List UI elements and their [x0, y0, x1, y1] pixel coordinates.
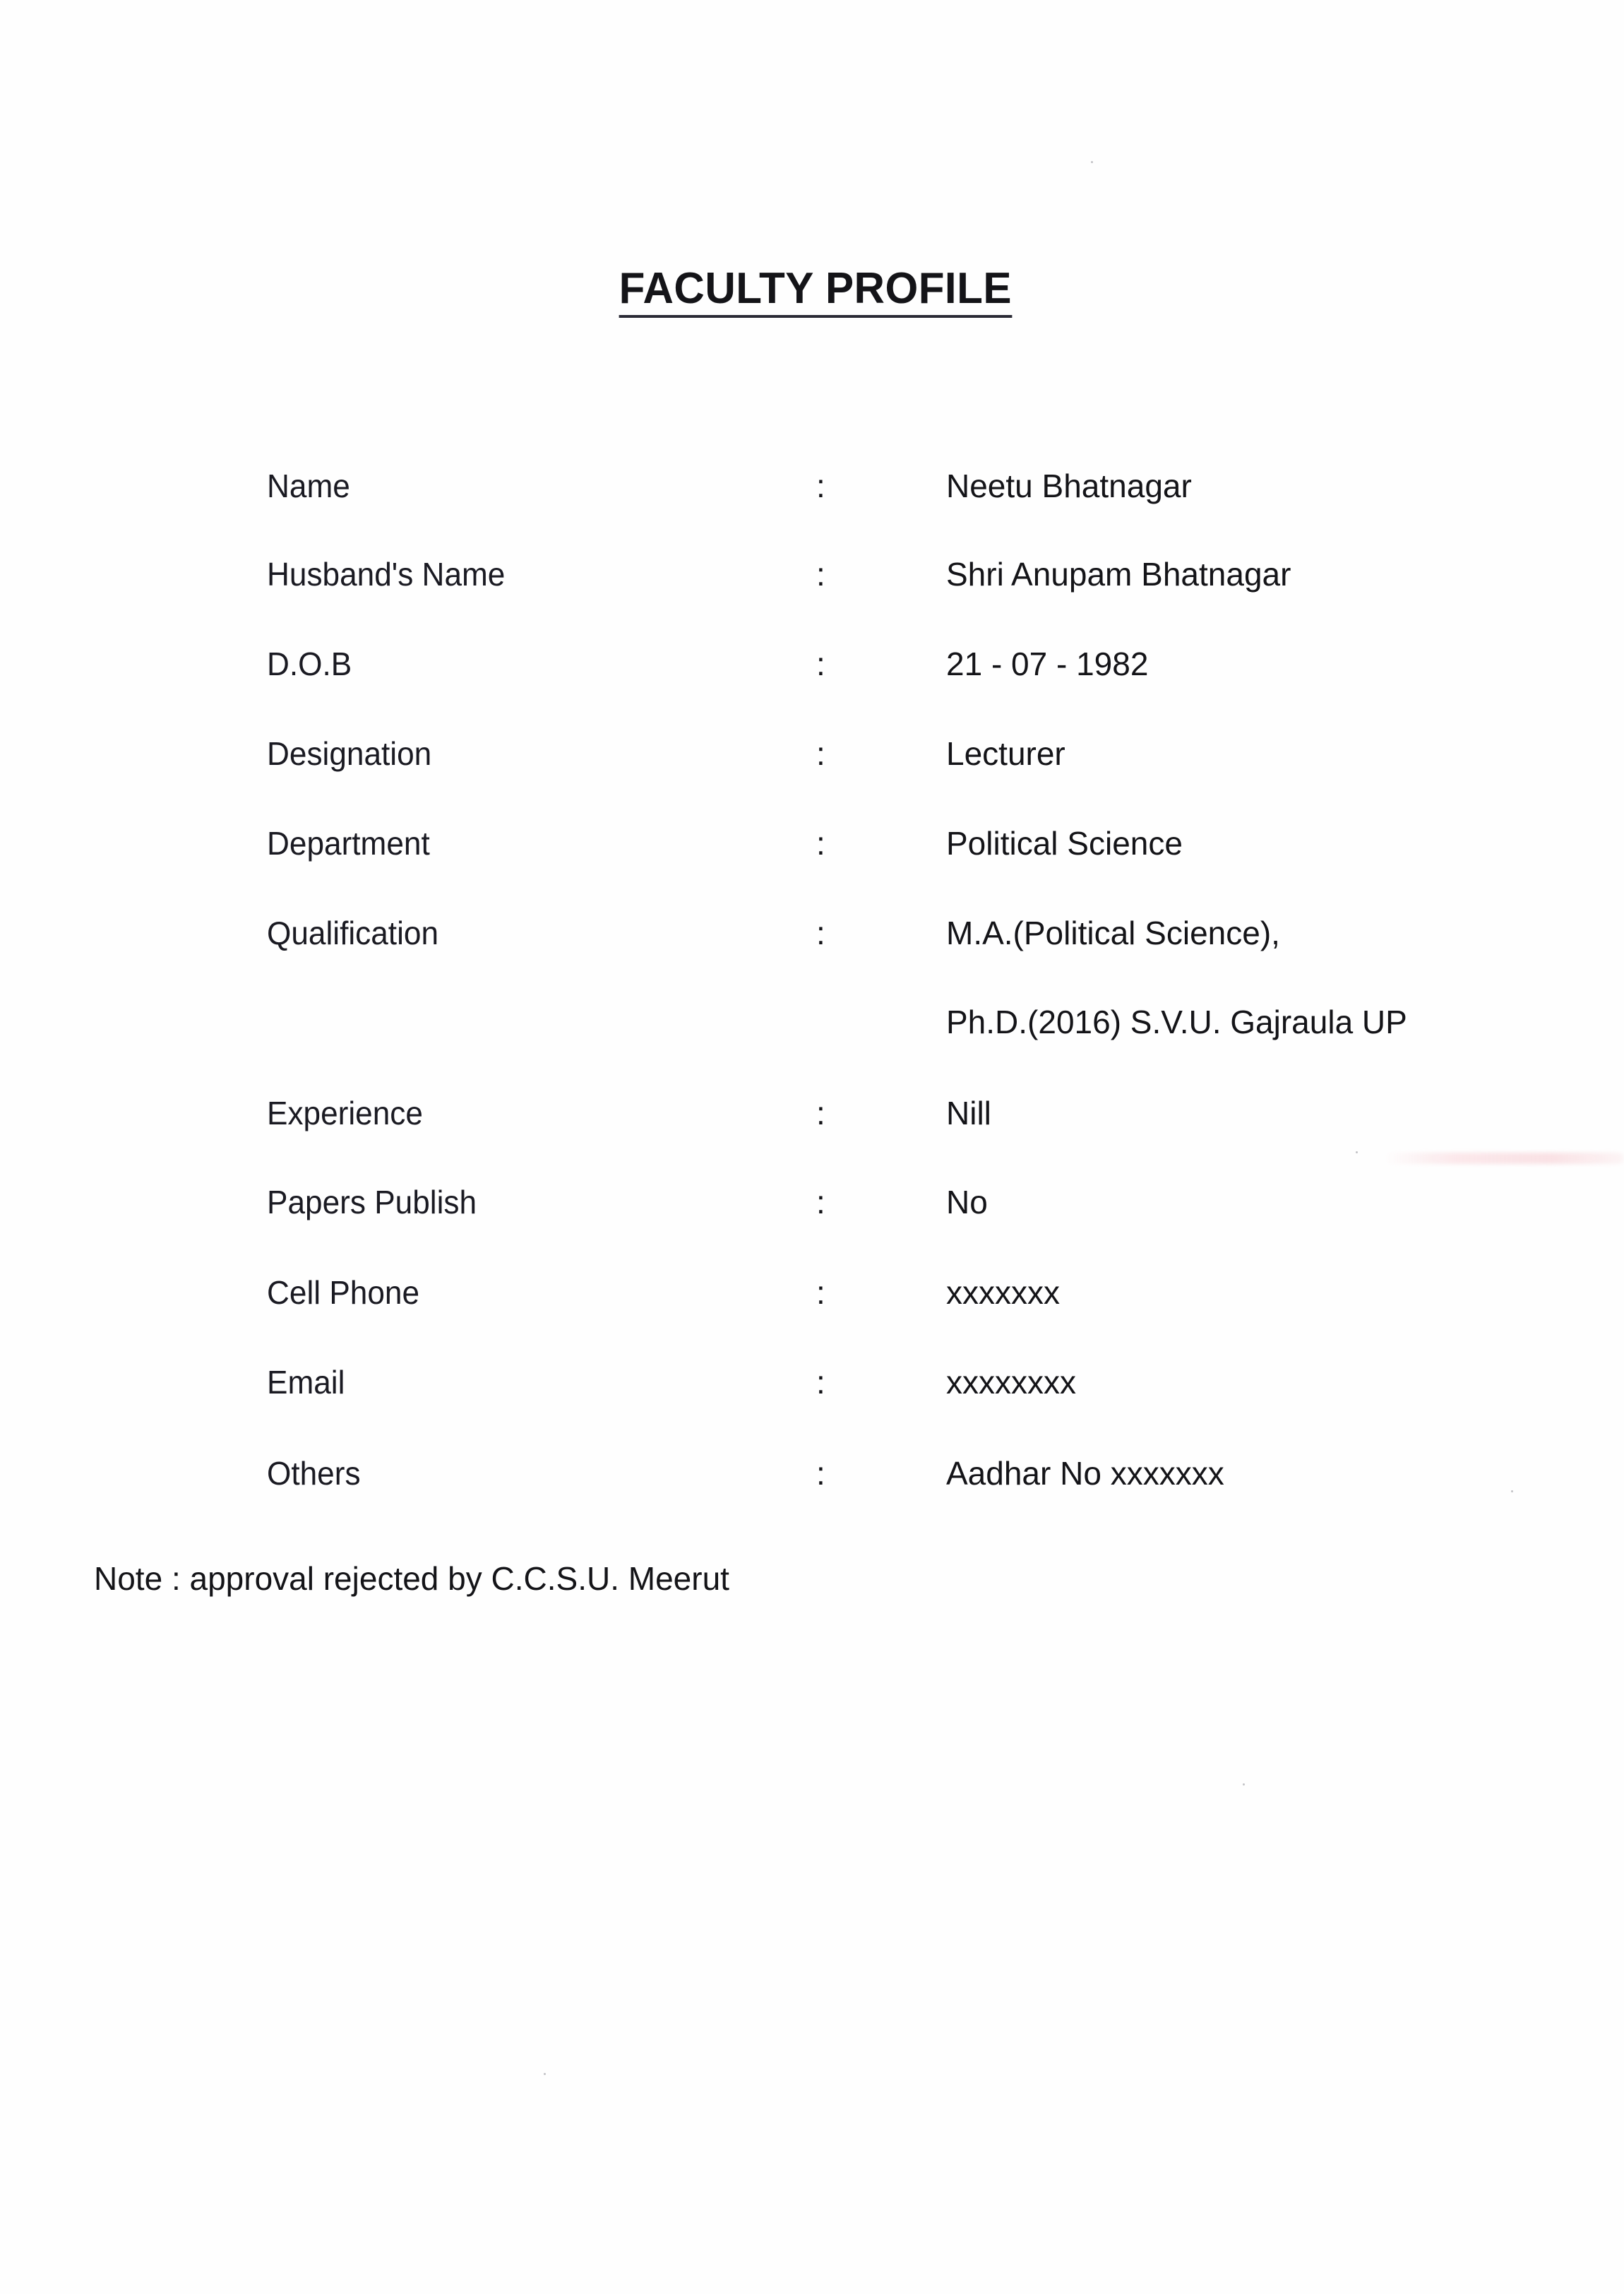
field-label: Papers Publish: [267, 1181, 477, 1223]
document-page: FACULTY PROFILE Name : Neetu Bhatnagar H…: [0, 0, 1624, 2294]
field-value: Shri Anupam Bhatnagar: [946, 553, 1291, 595]
field-value: Neetu Bhatnagar: [946, 465, 1192, 507]
field-value: 21 - 07 - 1982: [946, 643, 1148, 685]
field-separator: :: [816, 1271, 825, 1314]
field-label: Email: [267, 1361, 345, 1403]
scan-artifact: [1384, 1153, 1624, 1164]
field-value: No: [946, 1181, 988, 1223]
field-row-qualification-cont: Ph.D.(2016) S.V.U. Gajraula UP: [0, 1001, 1624, 1043]
page-title: FACULTY PROFILE: [0, 267, 1624, 318]
footnote: Note : approval rejected by C.C.S.U. Mee…: [94, 1557, 729, 1600]
field-value: xxxxxxxx: [946, 1361, 1076, 1403]
field-value: Nill: [946, 1092, 991, 1134]
field-value: Lecturer: [946, 732, 1065, 775]
field-value: M.A.(Political Science),: [946, 912, 1280, 954]
field-row-designation: Designation : Lecturer: [0, 732, 1624, 775]
field-label: Designation: [267, 732, 431, 775]
scan-speck: [1356, 1151, 1358, 1153]
scan-speck: [1091, 161, 1093, 163]
field-label: Name: [267, 465, 350, 507]
field-separator: :: [816, 1092, 825, 1134]
field-separator: :: [816, 822, 825, 864]
field-label: Qualification: [267, 912, 438, 954]
field-row-department: Department : Political Science: [0, 822, 1624, 864]
field-label: Experience: [267, 1092, 423, 1134]
scan-speck: [1511, 1490, 1513, 1492]
field-separator: :: [816, 465, 825, 507]
field-row-husbands-name: Husband's Name : Shri Anupam Bhatnagar: [0, 553, 1624, 595]
field-label: Cell Phone: [267, 1271, 419, 1314]
field-separator: :: [816, 912, 825, 954]
field-separator: :: [816, 1452, 825, 1494]
scan-speck: [544, 2073, 546, 2075]
field-row-experience: Experience : Nill: [0, 1092, 1624, 1134]
field-row-others: Others : Aadhar No xxxxxxx: [0, 1452, 1624, 1494]
field-row-papers-publish: Papers Publish : No: [0, 1181, 1624, 1223]
field-label: D.O.B: [267, 643, 352, 685]
field-label: Department: [267, 822, 430, 864]
field-separator: :: [816, 643, 825, 685]
field-row-name: Name : Neetu Bhatnagar: [0, 465, 1624, 507]
field-row-cell-phone: Cell Phone : xxxxxxx: [0, 1271, 1624, 1314]
field-label: Others: [267, 1452, 361, 1494]
field-value: xxxxxxx: [946, 1271, 1060, 1314]
field-separator: :: [816, 1181, 825, 1223]
field-value: Political Science: [946, 822, 1183, 864]
field-separator: :: [816, 1361, 825, 1403]
scan-speck: [1243, 1783, 1245, 1785]
field-value: Ph.D.(2016) S.V.U. Gajraula UP: [946, 1001, 1407, 1043]
field-value: Aadhar No xxxxxxx: [946, 1452, 1224, 1494]
field-row-dob: D.O.B : 21 - 07 - 1982: [0, 643, 1624, 685]
field-separator: :: [816, 732, 825, 775]
field-label: Husband's Name: [267, 553, 505, 595]
field-row-email: Email : xxxxxxxx: [0, 1361, 1624, 1403]
title-text: FACULTY PROFILE: [619, 267, 1012, 318]
field-row-qualification: Qualification : M.A.(Political Science),: [0, 912, 1624, 954]
field-separator: :: [816, 553, 825, 595]
